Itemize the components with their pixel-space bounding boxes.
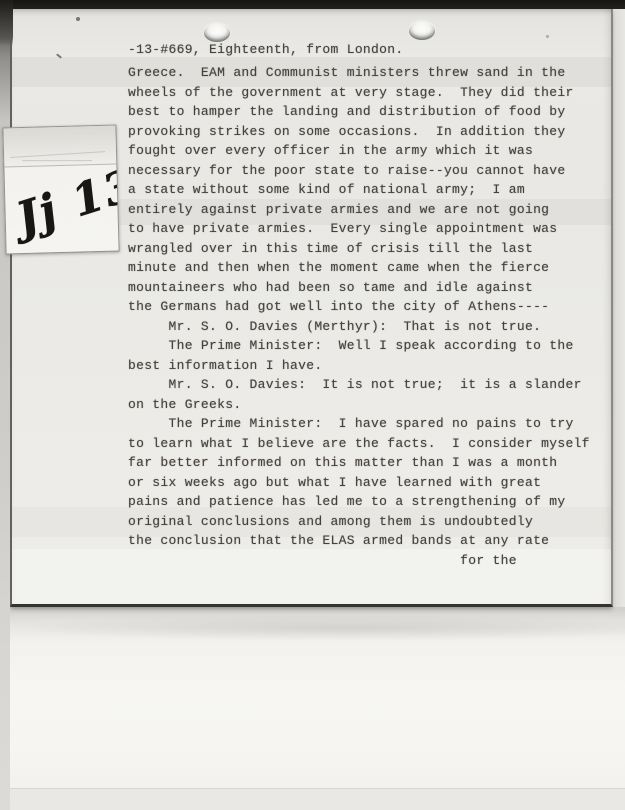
page-header: -13-#669, Eighteenth, from London.: [128, 40, 403, 59]
typed-text-body: Greece. EAM and Communist ministers thre…: [128, 63, 590, 570]
scanned-telegram-page: -13-#669, Eighteenth, from London. Greec…: [0, 0, 625, 810]
punch-hole-right: [409, 22, 435, 40]
ink-speck: [76, 17, 80, 21]
handwritten-mark-icon: Jj 13: [6, 148, 119, 251]
scan-top-edge: [0, 0, 625, 9]
ink-speck: [546, 35, 549, 38]
backing-sheet-edge: [10, 788, 625, 810]
backing-sheet: [10, 607, 625, 810]
filing-label: Jj 13: [2, 125, 119, 255]
scan-smudge: [10, 615, 625, 641]
scan-corner-shadow: [0, 0, 13, 46]
handwritten-text: Jj 13: [6, 159, 119, 247]
scan-right-margin: [613, 9, 625, 607]
typed-page: -13-#669, Eighteenth, from London. Greec…: [10, 9, 613, 607]
